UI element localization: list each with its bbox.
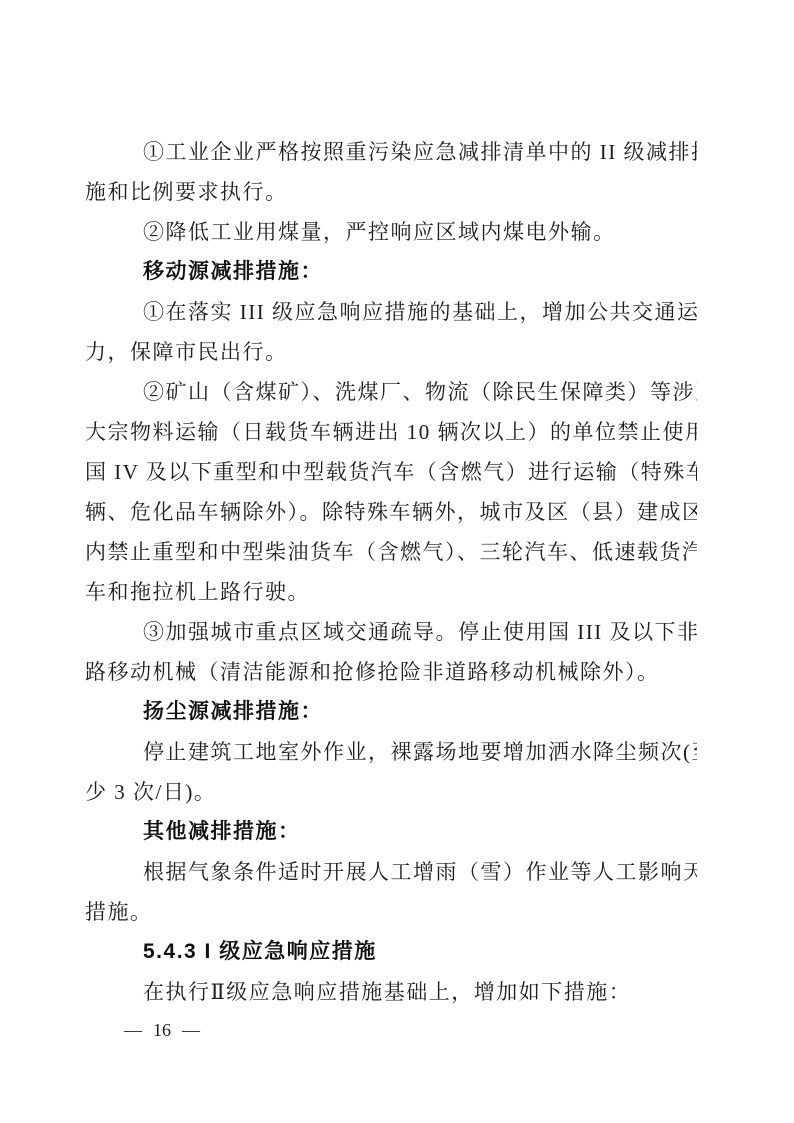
text-line: ①在落实 III 级应急响应措施的基础上，增加公共交通运 [85,292,697,332]
heading-line: 5.4.3 I 级应急响应措施 [85,932,697,972]
para-mobile-measure-1: ①在落实 III 级应急响应措施的基础上，增加公共交通运 力，保障市民出行。 [85,292,697,372]
footer-dash-right: — [182,1020,200,1040]
heading-line: 扬尘源减排措施： [85,692,697,732]
para-dust-measure: 停止建筑工地室外作业，裸露场地要增加洒水降尘频次(至 少 3 次/日)。 [85,732,697,812]
para-level1-intro: 在执行Ⅱ级应急响应措施基础上，增加如下措施： [85,972,697,1012]
document-content: ①工业企业严格按照重污染应急减排清单中的 II 级减排措 施和比例要求执行。 ②… [85,132,697,1012]
footer-dash-left: — [124,1020,142,1040]
page-footer: —16— [124,1016,200,1044]
text-line: ②矿山（含煤矿）、洗煤厂、物流（除民生保障类）等涉及 [85,372,697,412]
text-line: ②降低工业用煤量，严控响应区域内煤电外输。 [85,212,697,252]
text-line: 施和比例要求执行。 [85,172,697,212]
heading-mobile-source-measures: 移动源减排措施： [85,252,697,292]
text-line: 措施。 [85,892,697,932]
para-mobile-measure-2: ②矿山（含煤矿）、洗煤厂、物流（除民生保障类）等涉及 大宗物料运输（日载货车辆进… [85,372,697,612]
text-line: 车和拖拉机上路行驶。 [85,572,697,612]
para-other-measure: 根据气象条件适时开展人工增雨（雪）作业等人工影响天气 措施。 [85,852,697,932]
heading-other-measures: 其他减排措施： [85,812,697,852]
text-line: 路移动机械（清洁能源和抢修抢险非道路移动机械除外）。 [85,652,697,692]
document-page: ①工业企业严格按照重污染应急减排清单中的 II 级减排措 施和比例要求执行。 ②… [0,0,794,1123]
heading-line: 其他减排措施： [85,812,697,852]
text-line: ③加强城市重点区域交通疏导。停止使用国 III 及以下非道 [85,612,697,652]
para-mobile-measure-3: ③加强城市重点区域交通疏导。停止使用国 III 及以下非道 路移动机械（清洁能源… [85,612,697,692]
heading-dust-source-measures: 扬尘源减排措施： [85,692,697,732]
text-line: 辆、危化品车辆除外）。除特殊车辆外，城市及区（县）建成区 [85,492,697,532]
text-line: 少 3 次/日)。 [85,772,697,812]
text-line: 内禁止重型和中型柴油货车（含燃气）、三轮汽车、低速载货汽 [85,532,697,572]
text-line: 在执行Ⅱ级应急响应措施基础上，增加如下措施： [85,972,697,1012]
text-line: ①工业企业严格按照重污染应急减排清单中的 II 级减排措 [85,132,697,172]
para-industrial-measure-1: ①工业企业严格按照重污染应急减排清单中的 II 级减排措 施和比例要求执行。 [85,132,697,212]
text-line: 根据气象条件适时开展人工增雨（雪）作业等人工影响天气 [85,852,697,892]
heading-line: 移动源减排措施： [85,252,697,292]
text-line: 国 IV 及以下重型和中型载货汽车（含燃气）进行运输（特殊车 [85,452,697,492]
text-line: 力，保障市民出行。 [85,332,697,372]
heading-section-5-4-3: 5.4.3 I 级应急响应措施 [85,932,697,972]
page-number: 16 [153,1016,171,1044]
text-line: 停止建筑工地室外作业，裸露场地要增加洒水降尘频次(至 [85,732,697,772]
para-industrial-measure-2: ②降低工业用煤量，严控响应区域内煤电外输。 [85,212,697,252]
text-line: 大宗物料运输（日载货车辆进出 10 辆次以上）的单位禁止使用 [85,412,697,452]
